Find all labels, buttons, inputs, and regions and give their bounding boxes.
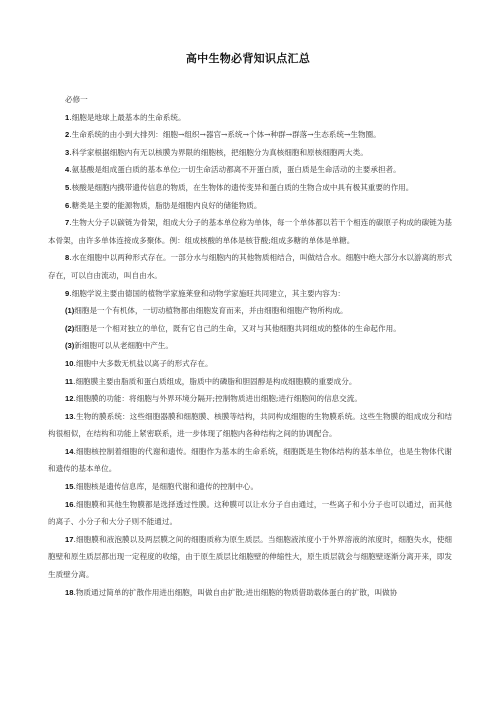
paragraph-10: 10.细胞中大多数无机盐以离子的形式存在。: [48, 355, 452, 373]
paragraph-18: 18.物质通过简单的扩散作用进出细胞，叫做自由扩散;进出细胞的物质借助载体蛋白的…: [48, 584, 452, 602]
paragraph-text: 细胞是一个相对独立的单位，既有它自己的生命，又对与其他细胞共同组成的整体的生命起…: [74, 324, 401, 333]
paragraph-text: .水在细胞中以两种形式存在。一部分水与细胞内的其他物质相结合，叫做结合水。细胞中…: [48, 253, 452, 280]
paragraph-8: 8.水在细胞中以两种形式存在。一部分水与细胞内的其他物质相结合，叫做结合水。细胞…: [48, 249, 452, 284]
paragraph-12: 12.细胞膜的功能：将细胞与外界环境分隔开;控制物质进出细胞;进行细胞间的信息交…: [48, 390, 452, 408]
paragraph-text: .生物大分子以碳链为骨架，组成大分子的基本单位称为单体，每一个单体都以若干个相连…: [48, 218, 452, 245]
document-body: 必修一 1.细胞是地球上最基本的生命系统。 2.生命系统的由小到大排列：细胞→组…: [48, 91, 452, 601]
paragraph-11: 11.细胞膜主要由脂质和蛋白质组成，脂质中的磷脂和胆固醇是构成细胞膜的重要成分。: [48, 373, 452, 391]
paragraph-3: 3.科学家根据细胞内有无以核膜为界限的细胞核，把细胞分为真核细胞和原核细胞两大类…: [48, 144, 452, 162]
paragraph-text: .细胞是地球上最基本的生命系统。: [69, 113, 185, 122]
paragraph-number: (1): [65, 306, 74, 315]
paragraph-number: (2): [65, 324, 74, 333]
paragraph-5: 5.核酸是细胞内携带遗传信息的物质，在生物体的遗传变异和蛋白质的生物合成中具有极…: [48, 179, 452, 197]
paragraph-number: 11: [65, 377, 73, 386]
paragraph-1: 1.细胞是地球上最基本的生命系统。: [48, 109, 452, 127]
paragraph-13: 13.生物的膜系统：这些细胞器膜和细胞膜、核膜等结构，共同构成细胞的生物膜系统。…: [48, 408, 452, 443]
document-title: 高中生物必背知识点汇总: [0, 50, 496, 66]
paragraph-text: .细胞中大多数无机盐以离子的形式存在。: [73, 359, 212, 368]
paragraph-6: 6.糖类是主要的能源物质，脂肪是细胞内良好的储能物质。: [48, 197, 452, 215]
paragraph-text: .生命系统的由小到大排列：细胞→组织→器官→系统→个体→种群→群落→生态系统→生…: [69, 130, 381, 139]
subpoint-1: (1)细胞是一个有机体，一切动植物都由细胞发育而来，并由细胞和细胞产物所构成。: [48, 302, 452, 320]
paragraph-text: .细胞膜和其他生物膜都是选择透过性膜。这种膜可以让水分子自由通过，一些离子和小分…: [48, 500, 452, 527]
paragraph-text: .物质通过简单的扩散作用进出细胞，叫做自由扩散;进出细胞的物质借助载体蛋白的扩散…: [73, 588, 397, 597]
subpoint-2: (2)细胞是一个相对独立的单位，既有它自己的生命，又对与其他细胞共同组成的整体的…: [48, 320, 452, 338]
paragraph-text: .细胞膜和液泡膜以及两层膜之间的细胞质称为原生质层。当细胞液浓度小于外界溶液的浓…: [48, 535, 452, 579]
paragraph-text: .生物的膜系统：这些细胞器膜和细胞膜、核膜等结构，共同构成细胞的生物膜系统。这些…: [48, 412, 452, 439]
paragraph-number: (3): [65, 341, 74, 350]
paragraph-text: .细胞核是遗传信息库，是细胞代谢和遗传的控制中心。: [73, 482, 258, 491]
paragraph-text: .细胞膜主要由脂质和蛋白质组成，脂质中的磷脂和胆固醇是构成细胞膜的重要成分。: [73, 377, 356, 386]
section-heading: 必修一: [48, 91, 452, 109]
paragraph-14: 14.细胞核控制着细胞的代谢和遗传。细胞作为基本的生命系统，细胞既是生物体结构的…: [48, 443, 452, 478]
paragraph-text: .核酸是细胞内携带遗传信息的物质，在生物体的遗传变异和蛋白质的生物合成中具有极其…: [69, 183, 413, 192]
paragraph-text: .细胞膜的功能：将细胞与外界环境分隔开;控制物质进出细胞;进行细胞间的信息交流。: [73, 394, 362, 403]
paragraph-17: 17.细胞膜和液泡膜以及两层膜之间的细胞质称为原生质层。当细胞液浓度小于外界溶液…: [48, 531, 452, 584]
paragraph-text: 细胞是一个有机体，一切动植物都由细胞发育而来，并由细胞和细胞产物所构成。: [74, 306, 347, 315]
paragraph-text: .细胞核控制着细胞的代谢和遗传。细胞作为基本的生命系统，细胞既是生物体结构的基本…: [48, 447, 452, 474]
document-page: 高中生物必背知识点汇总 必修一 1.细胞是地球上最基本的生命系统。 2.生命系统…: [0, 0, 496, 702]
paragraph-text: .糖类是主要的能源物质，脂肪是细胞内良好的储能物质。: [69, 201, 261, 210]
paragraph-7: 7.生物大分子以碳链为骨架，组成大分子的基本单位称为单体，每一个单体都以若干个相…: [48, 214, 452, 249]
subpoint-3: (3)新细胞可以从老细胞中产生。: [48, 337, 452, 355]
paragraph-15: 15.细胞核是遗传信息库，是细胞代谢和遗传的控制中心。: [48, 478, 452, 496]
paragraph-2: 2.生命系统的由小到大排列：细胞→组织→器官→系统→个体→种群→群落→生态系统→…: [48, 126, 452, 144]
paragraph-text: .细胞学说主要由德国的植物学家施莱登和动物学家施旺共同建立，其主要内容为：: [69, 289, 345, 298]
paragraph-16: 16.细胞膜和其他生物膜都是选择透过性膜。这种膜可以让水分子自由通过，一些离子和…: [48, 496, 452, 531]
paragraph-text: 新细胞可以从老细胞中产生。: [74, 341, 173, 350]
paragraph-9: 9.细胞学说主要由德国的植物学家施莱登和动物学家施旺共同建立，其主要内容为：: [48, 285, 452, 303]
paragraph-text: .氨基酸是组成蛋白质的基本单位;一切生命活动都离不开蛋白质，蛋白质是生命活动的主…: [69, 165, 401, 174]
paragraph-text: .科学家根据细胞内有无以核膜为界限的细胞核，把细胞分为真核细胞和原核细胞两大类。: [69, 148, 368, 157]
paragraph-4: 4.氨基酸是组成蛋白质的基本单位;一切生命活动都离不开蛋白质，蛋白质是生命活动的…: [48, 161, 452, 179]
